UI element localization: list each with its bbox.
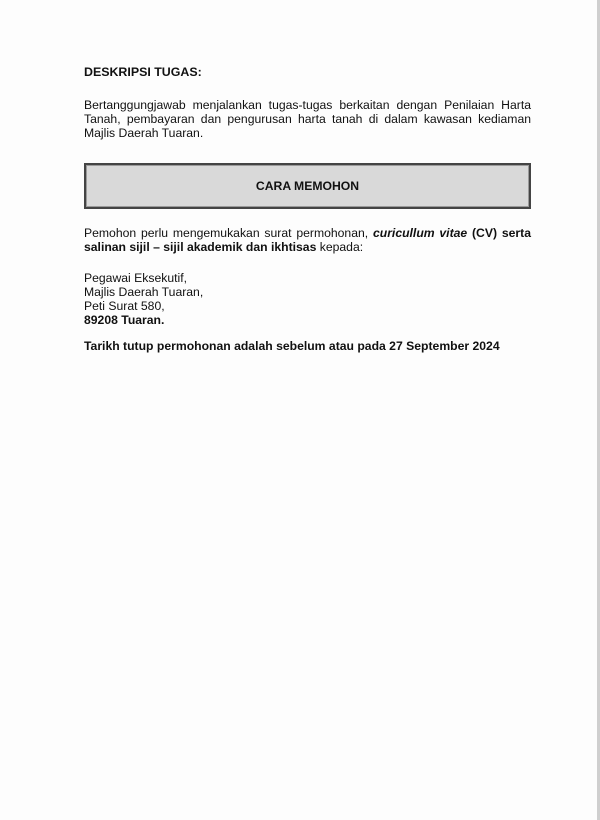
instructions-part3: kepada:: [316, 240, 363, 254]
address-line-4: 89208 Tuaran.: [84, 313, 203, 327]
address-line-1: Pegawai Eksekutif,: [84, 271, 203, 285]
mailing-address: Pegawai Eksekutif, Majlis Daerah Tuaran,…: [84, 271, 203, 327]
how-to-apply-section-box: CARA MEMOHON: [84, 163, 531, 209]
instructions-part1: Pemohon perlu mengemukakan surat permoho…: [84, 226, 373, 240]
address-line-3: Peti Surat 580,: [84, 299, 203, 313]
application-instructions: Pemohon perlu mengemukakan surat permoho…: [84, 226, 531, 254]
address-line-2: Majlis Daerah Tuaran,: [84, 285, 203, 299]
cv-term: curicullum vitae: [373, 226, 467, 240]
application-deadline: Tarikh tutup permohonan adalah sebelum a…: [84, 339, 500, 353]
description-heading: DESKRIPSI TUGAS:: [84, 65, 202, 79]
how-to-apply-title: CARA MEMOHON: [256, 179, 359, 193]
description-text: Bertanggungjawab menjalankan tugas-tugas…: [84, 98, 531, 140]
